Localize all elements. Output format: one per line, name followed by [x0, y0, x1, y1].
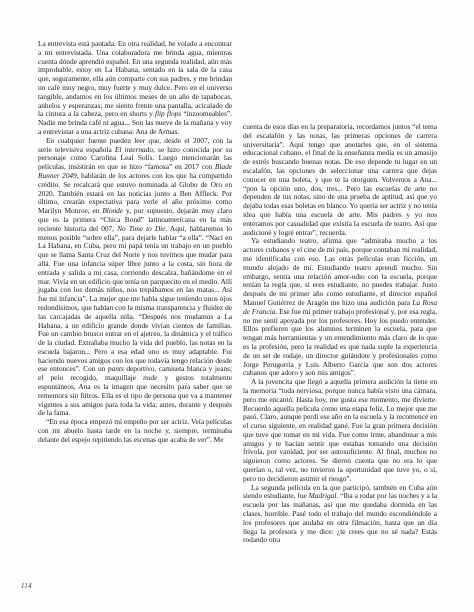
magazine-page: La entrevista está pautada. En otra real…	[0, 0, 474, 612]
paragraph: En cualquier fuente pueden leer que, des…	[38, 137, 232, 419]
paragraph: “En esa época empezó mi empeño por ser a…	[38, 418, 232, 444]
paragraph: A la jovencita que llegó a aquella prime…	[243, 378, 437, 484]
italic-text-run: pants	[108, 364, 124, 373]
paragraph: La segunda película en la que participó,…	[243, 484, 437, 546]
text-run: A la jovencita que llegó a aquella prime…	[243, 377, 437, 483]
italic-text-run: nude	[143, 373, 157, 382]
page-number: 114	[21, 582, 32, 590]
text-run: . Ese fue mi primer trabajo profesional …	[243, 307, 437, 378]
italic-text-run: No Time to Die	[117, 224, 165, 233]
text-run: cuenta de esos días en la preparatoria, …	[243, 122, 437, 237]
paragraph: cuenta de esos días en la preparatoria, …	[243, 123, 437, 237]
text-run: “En esa época empezó mi empeño por ser a…	[38, 417, 232, 444]
text-run: . Aquí, hablaremos lo menos posible “sob…	[38, 224, 232, 374]
paragraph: Ya estudiando teatro, afirma que “admira…	[243, 237, 437, 378]
text-run: . “Iba a rodar por las noches y a la esc…	[243, 491, 437, 544]
italic-text-run: flip flops	[155, 109, 181, 118]
text-run: Ya estudiando teatro, afirma que “admira…	[243, 236, 437, 307]
italic-text-run: Madrigal	[309, 491, 337, 500]
text-column-right: cuenta de esos días en la preparatoria, …	[243, 123, 437, 545]
paragraph: La entrevista está pautada. En otra real…	[38, 40, 232, 137]
italic-text-run: Blonde	[102, 206, 123, 215]
text-column-left: La entrevista está pautada. En otra real…	[38, 40, 232, 445]
italic-text-run: El internado	[115, 145, 153, 154]
text-run: La entrevista está pautada. En otra real…	[38, 39, 232, 118]
